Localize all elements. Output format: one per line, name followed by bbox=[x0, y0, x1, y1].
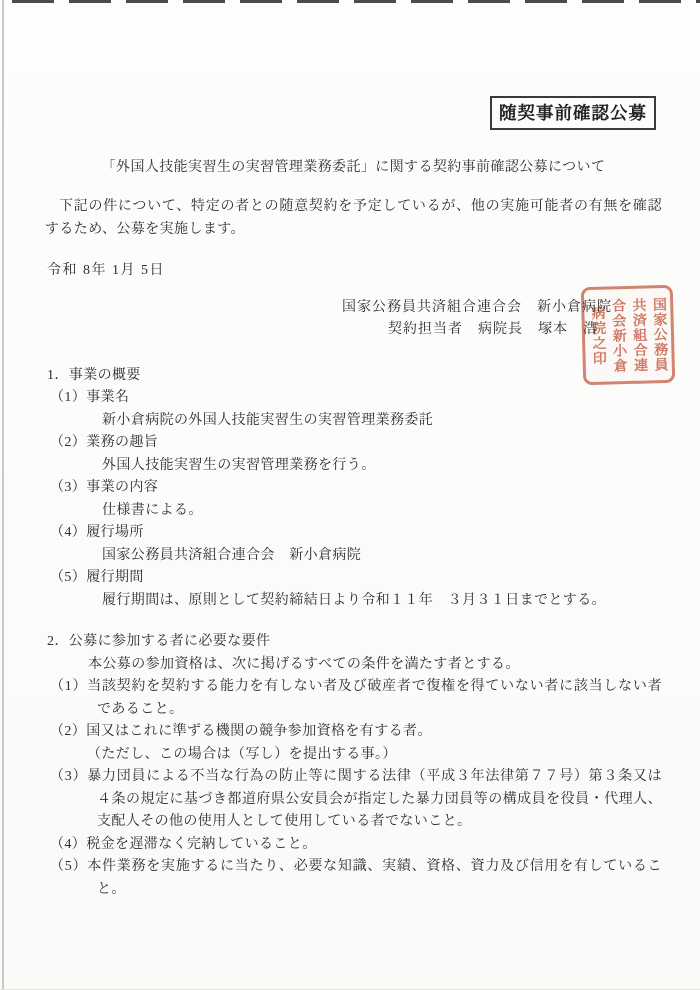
item-label: （1） bbox=[50, 679, 87, 694]
section-2-item-5: （5）本件業務を実施するに当たり、必要な知識、実績、資格、資力及び信用を有してい… bbox=[50, 856, 662, 901]
item-body: 本件業務を実施するに当たり、必要な知識、実績、資格、資力及び信用を有していること… bbox=[87, 859, 662, 897]
item-label: （4）履行場所 bbox=[50, 522, 662, 545]
section-2-item-1: （1）当該契約を契約する能力を有しない者及び破産者で復権を得ていない者に該当しな… bbox=[50, 676, 662, 721]
section-2-item-3: （3）暴力団員による不当な行為の防止等に関する法律（平成３年法律第７７号）第３条… bbox=[50, 766, 662, 834]
item-body: 国家公務員共済組合連合会 新小倉病院 bbox=[102, 545, 662, 568]
intro-paragraph: 下記の件について、特定の者との随意契約を予定しているが、他の実施可能者の有無を確… bbox=[45, 196, 662, 241]
item-label: （2） bbox=[50, 724, 86, 739]
section-2-heading: 2．公募に参加する者に必要な要件 bbox=[47, 631, 662, 654]
section-2-item-2: （2）国又はこれに準ずる機関の競争参加資格を有する者。 bbox=[50, 721, 662, 744]
document-title: 「外国人技能実習生の実習管理業務委託」に関する契約事前確認公募について bbox=[45, 156, 662, 179]
item-body: 仕様書による。 bbox=[102, 500, 662, 523]
item-label: （5） bbox=[50, 859, 87, 874]
scanned-document-page: 随契事前確認公募 国家公務員 共済組合連 合会新小倉 病院之印 「外国人技能実習… bbox=[0, 0, 700, 990]
item-body: 税金を遅滞なく完納していること。 bbox=[86, 837, 316, 852]
section-2: 2．公募に参加する者に必要な要件 本公募の参加資格は、次に掲げるすべての条件を満… bbox=[45, 631, 662, 901]
item-label: （3）事業の内容 bbox=[50, 477, 662, 500]
item-label: （3） bbox=[50, 769, 87, 784]
item-label: （1）事業名 bbox=[50, 387, 662, 410]
section-1-item-2: （2）業務の趣旨 外国人技能実習生の実習管理業務を行う。 bbox=[45, 432, 662, 477]
item-body: 新小倉病院の外国人技能実習生の実習管理業務委託 bbox=[102, 410, 662, 433]
section-1-heading: 1．事業の概要 bbox=[47, 365, 662, 388]
item-body: 国又はこれに準ずる機関の競争参加資格を有する者。 bbox=[86, 724, 432, 739]
document-date: 令和 8年 1月 5日 bbox=[47, 260, 662, 283]
item-body: 外国人技能実習生の実習管理業務を行う。 bbox=[102, 455, 662, 478]
item-body: 暴力団員による不当な行為の防止等に関する法律（平成３年法律第７７号）第３条又は４… bbox=[87, 769, 662, 829]
item-body: 履行期間は、原則として契約締結日より令和１１年 ３月３１日までとする。 bbox=[102, 590, 662, 613]
section-2-item-2-note: （ただし、この場合は（写し）を提出する事。） bbox=[87, 744, 662, 767]
issuer-block: 国家公務員共済組合連合会 新小倉病院 契約担当者 病院長 塚本 浩 bbox=[45, 297, 612, 342]
section-1-item-5: （5）履行期間 履行期間は、原則として契約締結日より令和１１年 ３月３１日までと… bbox=[45, 567, 662, 612]
issuer-organization: 国家公務員共済組合連合会 新小倉病院 bbox=[45, 297, 612, 320]
item-label: （2）業務の趣旨 bbox=[50, 432, 662, 455]
issuer-contact: 契約担当者 病院長 塚本 浩 bbox=[45, 319, 612, 342]
section-2-intro: 本公募の参加資格は、次に掲げるすべての条件を満たす者とする。 bbox=[88, 654, 662, 677]
item-label: （5）履行期間 bbox=[50, 567, 662, 590]
document-content: 「外国人技能実習生の実習管理業務委託」に関する契約事前確認公募について 下記の件… bbox=[0, 0, 700, 901]
section-1: 1．事業の概要 （1）事業名 新小倉病院の外国人技能実習生の実習管理業務委託 （… bbox=[45, 365, 662, 613]
section-1-item-3: （3）事業の内容 仕様書による。 bbox=[45, 477, 662, 522]
item-label: （4） bbox=[50, 837, 86, 852]
section-2-item-4: （4）税金を遅滞なく完納していること。 bbox=[50, 834, 662, 857]
item-body: 当該契約を契約する能力を有しない者及び破産者で復権を得ていない者に該当しない者で… bbox=[87, 679, 662, 717]
section-1-item-1: （1）事業名 新小倉病院の外国人技能実習生の実習管理業務委託 bbox=[45, 387, 662, 432]
section-1-item-4: （4）履行場所 国家公務員共済組合連合会 新小倉病院 bbox=[45, 522, 662, 567]
